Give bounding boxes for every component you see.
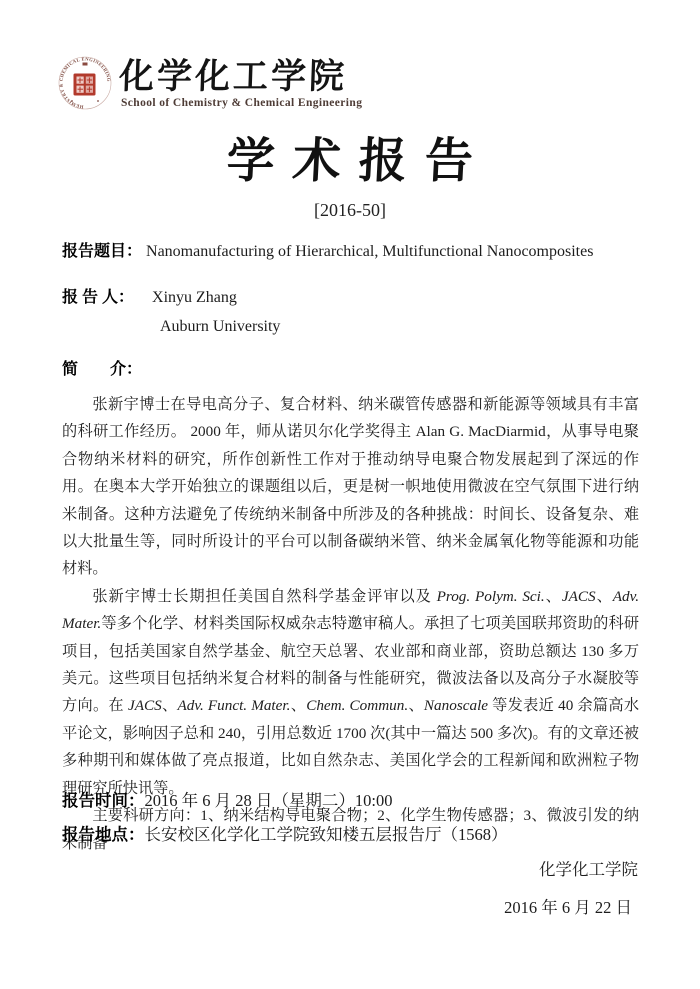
report-topic-value: Nanomanufacturing of Hierarchical, Multi… [146, 243, 593, 260]
report-time-label: 报告时间： [62, 791, 145, 810]
intro-paragraph: 张新宇博士长期担任美国自然科学基金评审以及 Prog. Polym. Sci.、… [62, 583, 639, 802]
intro-paragraph: 张新宇博士在导电高分子、复合材料、纳米碳管传感器和新能源等领域具有丰富的科研工作… [62, 391, 639, 583]
speaker-label: 报 告 人： [62, 289, 134, 306]
report-time-value: 2016 年 6 月 28 日（星期二）10:00 [145, 791, 393, 810]
signature-school: 化学化工学院 [539, 856, 638, 880]
school-logo: SCHOOL OF CHEMISTRY & CHEMICAL ENGINEERI… [58, 56, 362, 110]
report-topic-label: 报告题目： [62, 243, 142, 260]
speaker-affiliation-row: Auburn University [160, 318, 660, 336]
report-topic-row: 报告题目：Nanomanufacturing of Hierarchical, … [62, 238, 660, 261]
school-name-chinese: 化学化工学院 [118, 58, 363, 96]
issue-number: [2016-50] [0, 200, 700, 221]
intro-label: 简 介： [62, 361, 142, 378]
page-title: 学术报告 [0, 122, 700, 191]
intro-label-row: 简 介： [62, 356, 660, 379]
school-name-block: 化学化工学院 School of Chemistry & Chemical En… [119, 56, 362, 109]
speaker-row: 报 告 人：Xinyu Zhang [62, 284, 660, 307]
seal-stamp [74, 74, 96, 96]
school-seal-icon: SCHOOL OF CHEMISTRY & CHEMICAL ENGINEERI… [58, 56, 112, 110]
report-venue-row: 报告地点：长安校区化学化工学院致知楼五层报告厅（1568） [62, 821, 660, 845]
report-venue-label: 报告地点： [62, 825, 145, 844]
signature-date: 2016 年 6 月 22 日 [504, 894, 632, 918]
seminar-announcement-page: SCHOOL OF CHEMISTRY & CHEMICAL ENGINEERI… [0, 0, 700, 989]
seal-top-mark [83, 63, 88, 66]
school-name-english: School of Chemistry & Chemical Engineeri… [119, 97, 362, 109]
report-time-row: 报告时间：2016 年 6 月 28 日（星期二）10:00 [62, 787, 660, 811]
report-venue-value: 长安校区化学化工学院致知楼五层报告厅（1568） [145, 825, 508, 844]
speaker-affiliation: Auburn University [160, 318, 280, 335]
speaker-name: Xinyu Zhang [152, 289, 237, 306]
